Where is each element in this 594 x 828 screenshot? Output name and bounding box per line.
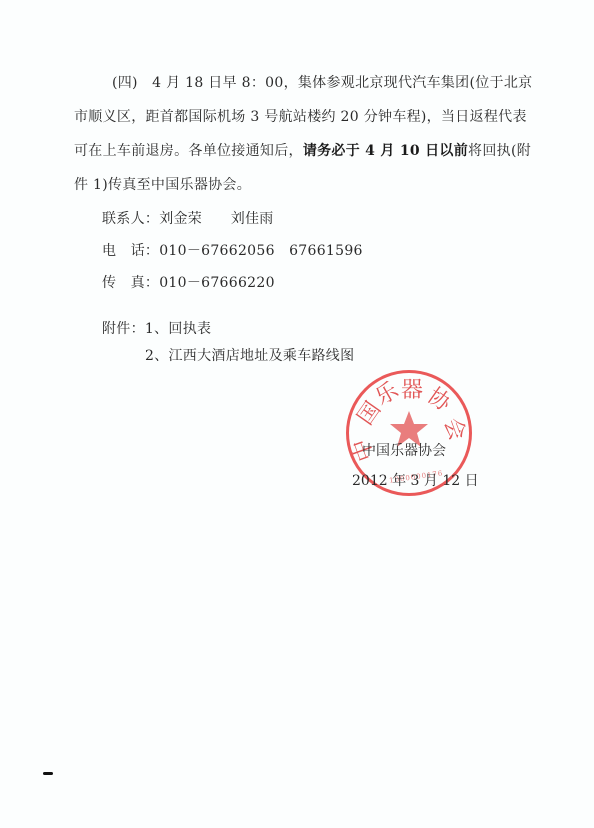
paragraph-4-line-1: (四) 4 月 18 日早 8：00，集体参观北京现代汽车集团(位于北京 [112, 72, 532, 92]
attachment-label: 附件： [102, 321, 145, 337]
paragraph-4-line-2: 市顺义区，距首都国际机场 3 号航站楼约 20 分钟车程)，当日返程代表 [74, 106, 527, 126]
contact-label: 联系人： [102, 211, 159, 227]
attachment-item-2: 2、江西大酒店地址及乘车路线图 [145, 345, 354, 365]
signature-date: 2012 年 3 月 12 日 [352, 470, 479, 490]
attachment-item-1: 1、回执表 [145, 321, 211, 337]
attachment-line-1: 附件：1、回执表 [102, 318, 211, 338]
scan-mark [43, 772, 53, 775]
paragraph-4-line-3: 可在上车前退房。各单位接通知后，请务必于 4 月 10 日以前将回执(附 [74, 140, 531, 160]
phone-value: 010－67662056 67661596 [159, 243, 363, 259]
fax-line: 传 真：010－67666220 [102, 272, 275, 292]
fax-label: 传 真： [102, 275, 159, 291]
paragraph-4-line-3-normal: 可在上车前退房。各单位接通知后， [74, 143, 303, 159]
phone-line: 电 话：010－67662056 67661596 [102, 240, 363, 260]
deadline-emphasis: 请务必于 4 月 10 日以前 [303, 143, 468, 159]
document-page: (四) 4 月 18 日早 8：00，集体参观北京现代汽车集团(位于北京 市顺义… [0, 0, 594, 828]
fax-value: 010－67666220 [159, 275, 275, 291]
seal-char: 器 [401, 373, 423, 404]
signature-organization: 中国乐器协会 [362, 440, 446, 460]
paragraph-4-line-4: 件 1)传真至中国乐器协会。 [74, 174, 251, 194]
paragraph-4-line-3-tail: 将回执(附 [468, 143, 531, 159]
contact-line: 联系人：刘金荣 刘佳雨 [102, 208, 274, 228]
phone-label: 电 话： [102, 243, 159, 259]
contact-names: 刘金荣 刘佳雨 [159, 211, 273, 227]
